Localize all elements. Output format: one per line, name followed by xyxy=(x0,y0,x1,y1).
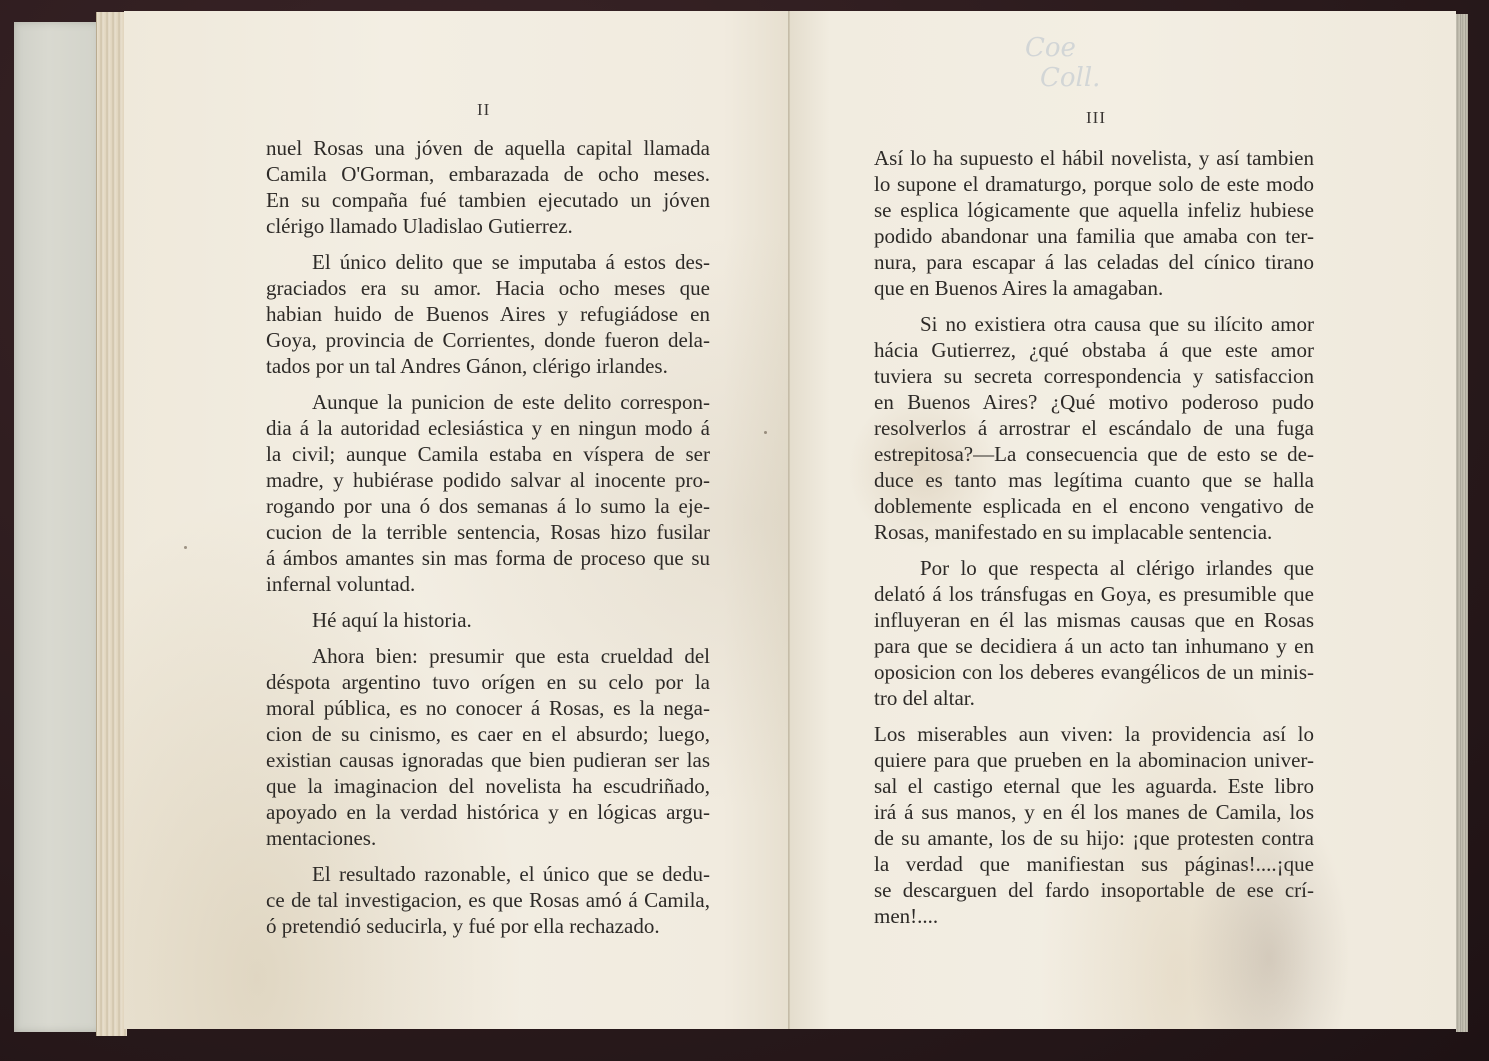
text-line: infernal voluntad. xyxy=(266,571,710,597)
bleed-through-stamp: Coe xyxy=(1025,33,1076,63)
text-line: existian causas ignoradas que bien pudie… xyxy=(266,747,710,773)
text-line: delató á los tránsfugas en Goya, es pres… xyxy=(874,581,1314,607)
text-line: men!.... xyxy=(874,903,1314,929)
paragraph: El resultado razonable, el único que se … xyxy=(266,861,710,939)
text-line: graciados era su amor. Hacia ocho meses … xyxy=(266,275,710,301)
text-line: quiere para que prueben en la abominacio… xyxy=(874,747,1314,773)
left-page-edges xyxy=(96,12,127,1036)
text-line: nuel Rosas una jóven de aquella capital … xyxy=(266,135,710,161)
text-line: para que se decidiera á un acto tan inhu… xyxy=(874,633,1314,659)
text-line: influyeran en él las mismas causas que e… xyxy=(874,607,1314,633)
text-line: clérigo llamado Uladislao Gutierrez. xyxy=(266,213,710,239)
text-line: doblemente esplicada en el encono vengat… xyxy=(874,493,1314,519)
text-line: Hé aquí la historia. xyxy=(266,607,710,633)
text-line: Camila O'Gorman, embarazada de ocho mese… xyxy=(266,161,710,187)
paragraph: Si no existiera otra causa que su ilícit… xyxy=(874,311,1314,545)
text-line: á ámbos amantes sin mas forma de proceso… xyxy=(266,545,710,571)
text-line: lo supone el dramaturgo, porque solo de … xyxy=(874,171,1314,197)
paper-speck xyxy=(184,546,187,549)
text-line: la verdad que manifiestan sus páginas!..… xyxy=(874,851,1314,877)
paragraph-spacing xyxy=(266,851,710,861)
text-line: irá á sus manos, y en él los manes de Ca… xyxy=(874,799,1314,825)
text-line: que la imaginacion del novelista ha escu… xyxy=(266,773,710,799)
paper-speck xyxy=(764,431,767,434)
paragraph-spacing xyxy=(266,379,710,389)
paragraph-spacing xyxy=(266,597,710,607)
text-line: hácia Gutierrez, ¿qué obstaba á que este… xyxy=(874,337,1314,363)
text-line: apoyado en la verdad histórica y en lógi… xyxy=(266,799,710,825)
text-line: mentaciones. xyxy=(266,825,710,851)
text-line: se descarguen del fardo insoportable de … xyxy=(874,877,1314,903)
paragraph: El único delito que se imputaba á estos … xyxy=(266,249,710,379)
text-line: que en Buenos Aires la amagaban. xyxy=(874,275,1314,301)
paragraph-spacing xyxy=(266,633,710,643)
text-line: El único delito que se imputaba á estos … xyxy=(266,249,710,275)
text-line: rogando por una ó dos semanas á lo sumo … xyxy=(266,493,710,519)
text-line: ce de tal investigacion, es que Rosas am… xyxy=(266,887,710,913)
text-line: oposicion con los deberes evangélicos de… xyxy=(874,659,1314,685)
page-number: II xyxy=(477,100,490,120)
text-line: podido abandonar una familia que amaba c… xyxy=(874,223,1314,249)
text-line: estrepitosa?—La consecuencia que de esto… xyxy=(874,441,1314,467)
paragraph: Así lo ha supuesto el hábil novelista, y… xyxy=(874,145,1314,301)
paragraph: Hé aquí la historia. xyxy=(266,607,710,633)
text-line: madre, y hubiérase podido salvar al inoc… xyxy=(266,467,710,493)
text-line: Así lo ha supuesto el hábil novelista, y… xyxy=(874,145,1314,171)
text-line: nura, para escapar á las celadas del cín… xyxy=(874,249,1314,275)
paragraph: Ahora bien: presumir que esta crueldad d… xyxy=(266,643,710,851)
text-line: En su compaña fué tambien ejecutado un j… xyxy=(266,187,710,213)
right-page-text: Así lo ha supuesto el hábil novelista, y… xyxy=(874,145,1314,929)
text-line: Rosas, manifestado en su implacable sent… xyxy=(874,519,1314,545)
bleed-through-stamp: Coll. xyxy=(1040,63,1100,93)
text-line: tuviera su secreta correspondencia y sat… xyxy=(874,363,1314,389)
paragraph: Por lo que respecta al clérigo irlandes … xyxy=(874,555,1314,711)
right-page: Coe Coll. III Así lo ha supuesto el hábi… xyxy=(790,11,1456,1029)
paragraph-spacing xyxy=(266,239,710,249)
page-number: III xyxy=(1086,108,1106,128)
text-line: cucion de la terrible sentencia, Rosas h… xyxy=(266,519,710,545)
text-line: la civil; aunque Camila estaba en vísper… xyxy=(266,441,710,467)
text-line: resolverlos á arrostrar el escándalo de … xyxy=(874,415,1314,441)
text-line: Aunque la punicion de este delito corres… xyxy=(266,389,710,415)
text-line: moral pública, es no conocer á Rosas, es… xyxy=(266,695,710,721)
text-line: Goya, provincia de Corrientes, donde fue… xyxy=(266,327,710,353)
text-line: de su amante, los de su hijo: ¡que prote… xyxy=(874,825,1314,851)
text-line: sal el castigo eternal que les aguarda. … xyxy=(874,773,1314,799)
left-page-text: nuel Rosas una jóven de aquella capital … xyxy=(266,135,710,939)
right-page-edges xyxy=(1456,14,1468,1032)
paragraph: nuel Rosas una jóven de aquella capital … xyxy=(266,135,710,239)
text-line: cion de su cinismo, es caer en el absurd… xyxy=(266,721,710,747)
left-page: II nuel Rosas una jóven de aquella capit… xyxy=(124,11,790,1029)
text-line: Los miserables aun viven: la providencia… xyxy=(874,721,1314,747)
paragraph-spacing xyxy=(874,545,1314,555)
paragraph: Los miserables aun viven: la providencia… xyxy=(874,721,1314,929)
text-line: en Buenos Aires? ¿Qué motivo poderoso pu… xyxy=(874,389,1314,415)
text-line: se esplica lógicamente que aquella infel… xyxy=(874,197,1314,223)
text-line: dia á la autoridad eclesiástica y en nin… xyxy=(266,415,710,441)
text-line: Por lo que respecta al clérigo irlandes … xyxy=(874,555,1314,581)
text-line: ó pretendió seducirla, y fué por ella re… xyxy=(266,913,710,939)
text-line: habian huido de Buenos Aires y refugiádo… xyxy=(266,301,710,327)
blank-flyleaf xyxy=(14,22,100,1032)
text-line: duce es tanto mas legítima cuanto que se… xyxy=(874,467,1314,493)
paragraph: Aunque la punicion de este delito corres… xyxy=(266,389,710,597)
paragraph-spacing xyxy=(874,301,1314,311)
text-line: Si no existiera otra causa que su ilícit… xyxy=(874,311,1314,337)
text-line: El resultado razonable, el único que se … xyxy=(266,861,710,887)
text-line: tro del altar. xyxy=(874,685,1314,711)
text-line: tados por un tal Andres Gánon, clérigo i… xyxy=(266,353,710,379)
text-line: Ahora bien: presumir que esta crueldad d… xyxy=(266,643,710,669)
paragraph-spacing xyxy=(874,711,1314,721)
text-line: déspota argentino tuvo orígen en su celo… xyxy=(266,669,710,695)
